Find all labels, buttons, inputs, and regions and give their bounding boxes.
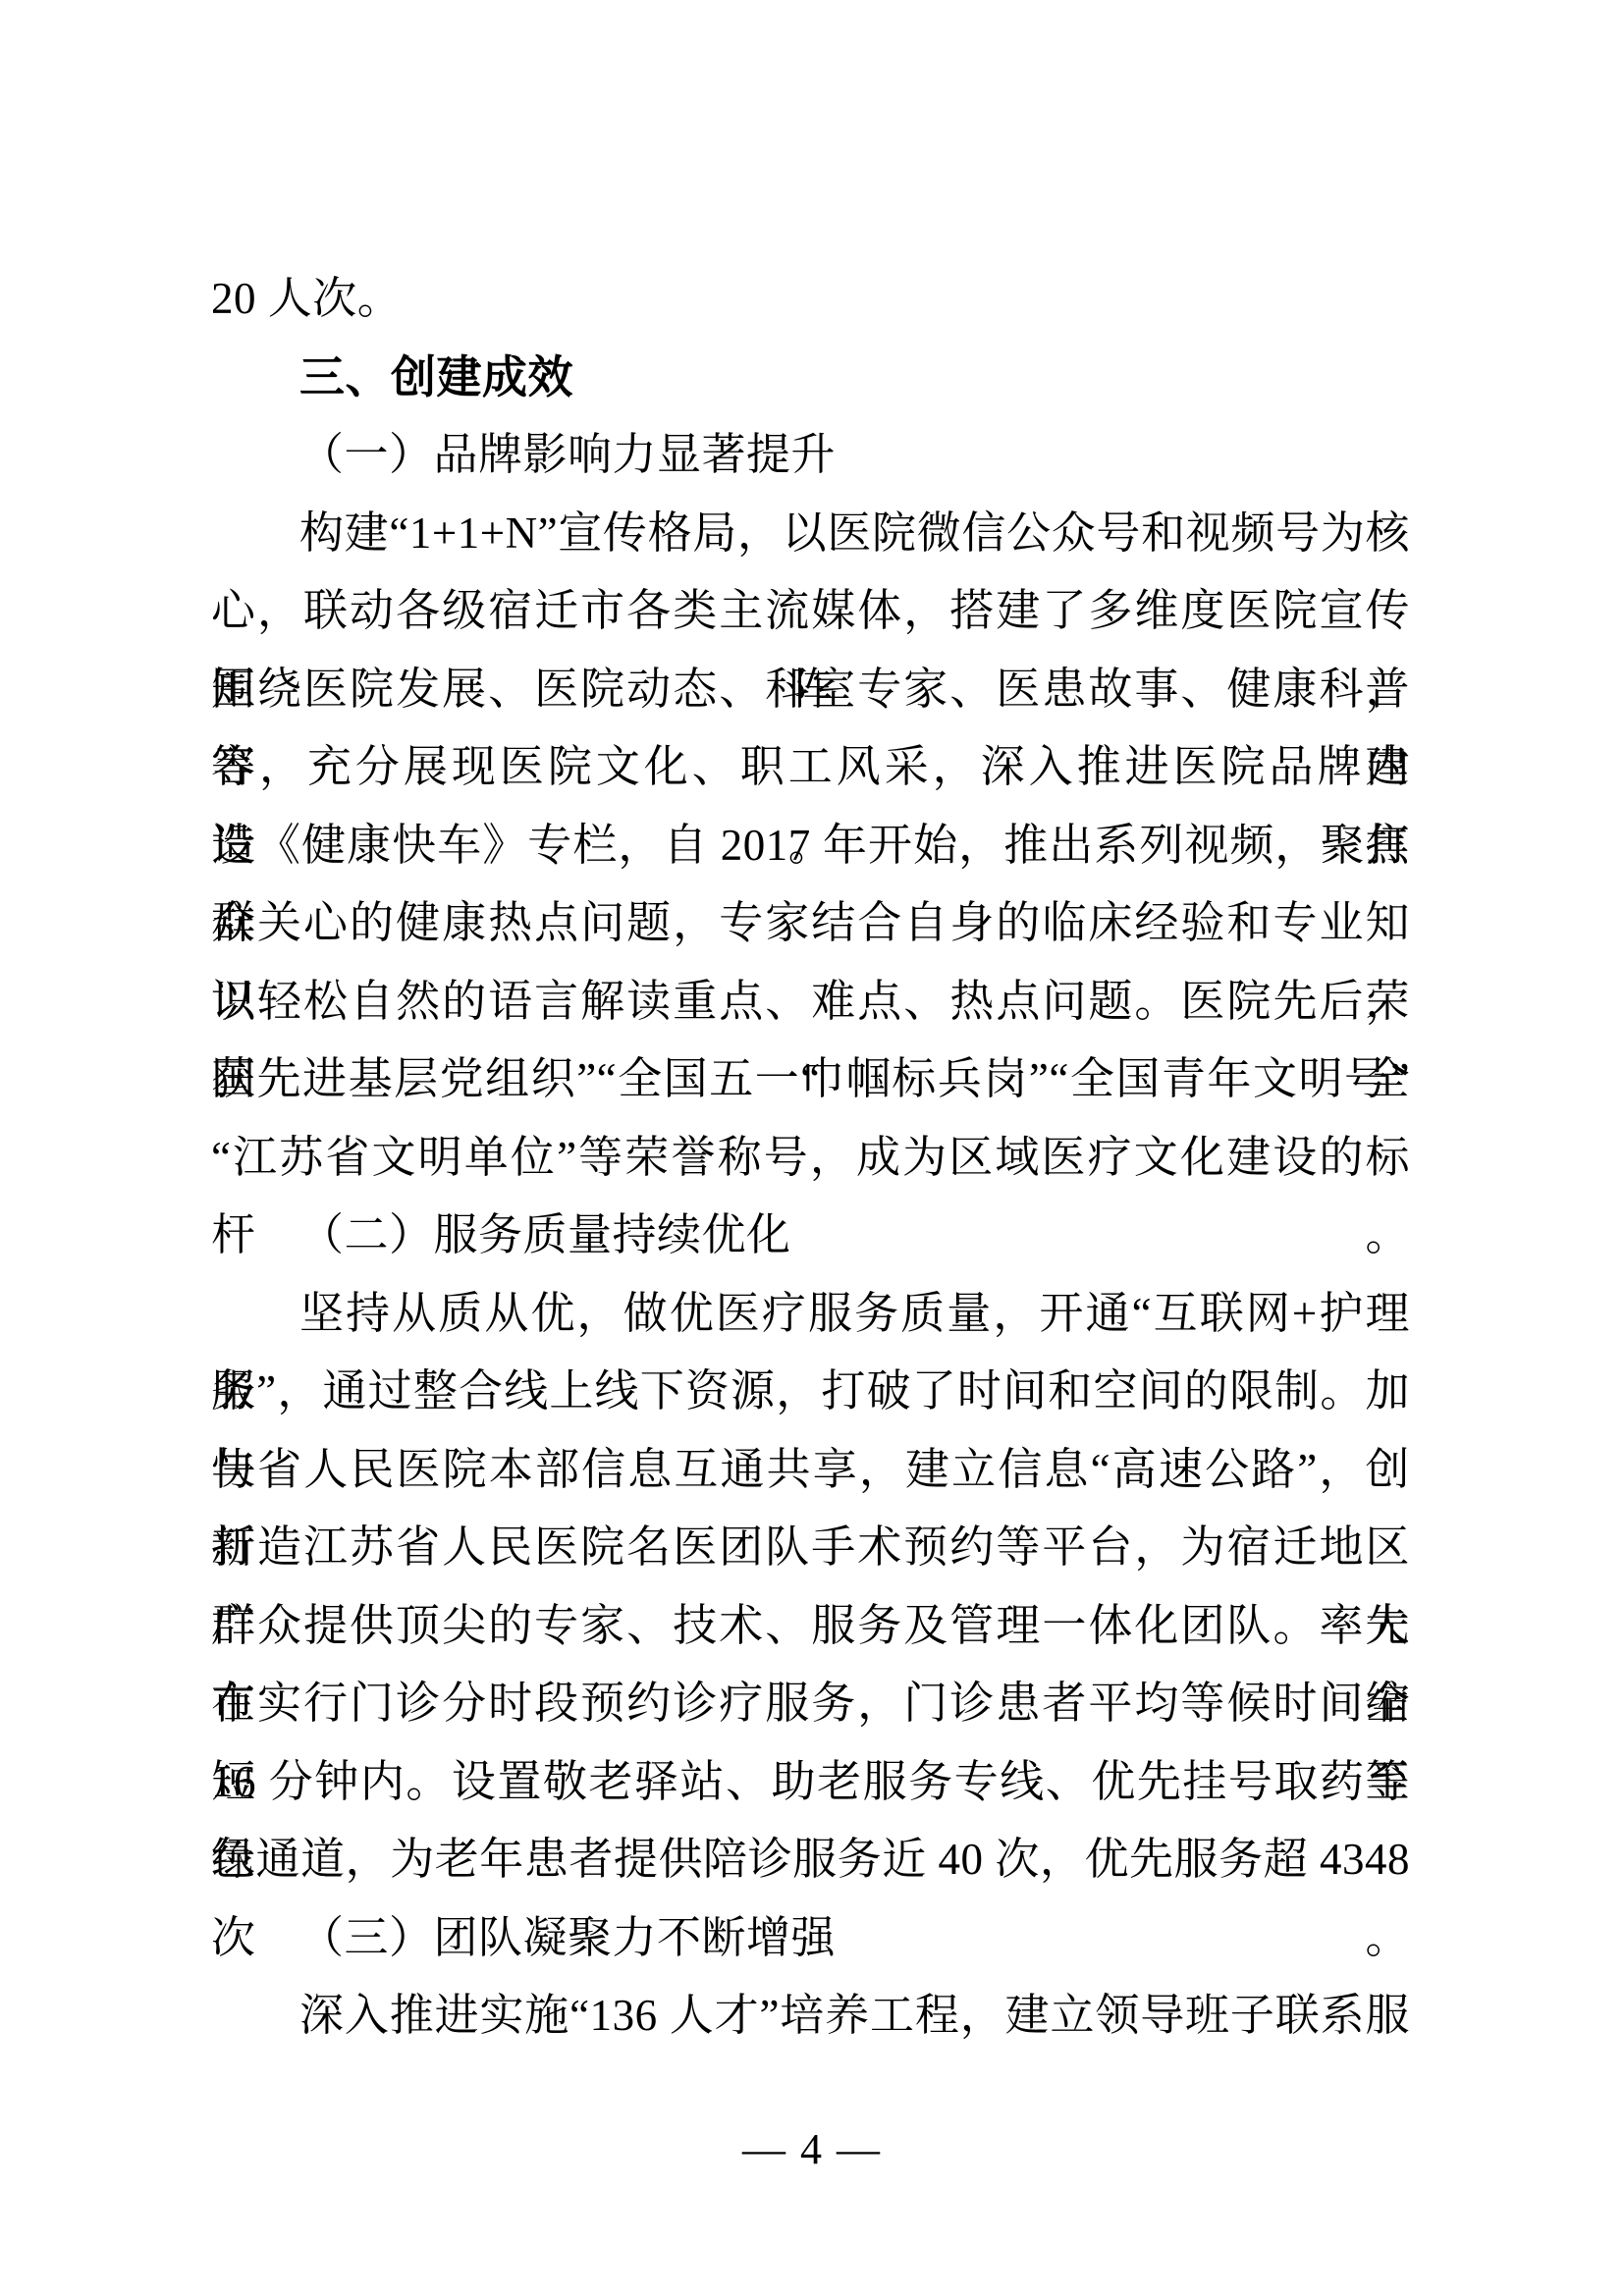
body-line: 市实行门诊分时段预约诊疗服务，门诊患者平均等候时间缩短至	[211, 1665, 1410, 1743]
body-line: 20 人次。	[211, 260, 1410, 339]
body-line: 务”，通过整合线上线下资源，打破了时间和空间的限制。加快	[211, 1353, 1410, 1431]
body-line: 众关心的健康热点问题，专家结合自身的临床经验和专业知识，	[211, 884, 1410, 963]
body-line: 16 分钟内。设置敬老驿站、助老服务专线、优先挂号取药等绿	[211, 1743, 1410, 1822]
body-line: 以轻松自然的语言解读重点、难点、热点问题。医院先后荣获“全	[211, 963, 1410, 1041]
body-line: 色通道，为老年患者提供陪诊服务近 40 次，优先服务超 4348 次。	[211, 1821, 1410, 1899]
document-page: 20 人次。 三、创建成效 （一）品牌影响力显著提升 构建“1+1+N”宣传格局…	[0, 0, 1624, 2296]
body-line: 构建“1+1+N”宣传格局，以医院微信公众号和视频号为核	[211, 495, 1410, 573]
page-number: — 4 —	[0, 2120, 1624, 2179]
section-heading: 三、创建成效	[211, 339, 1410, 417]
body-line: 心，联动各级宿迁市各类主流媒体，搭建了多维度医院宣传矩阵，	[211, 572, 1410, 651]
body-line: 容，充分展现医院文化、职工风采，深入推进医院品牌建设。打	[211, 728, 1410, 807]
body-line: 坚持从质从优，做优医疗服务质量，开通“互联网+护理服	[211, 1275, 1410, 1354]
body-line: 群众提供顶尖的专家、技术、服务及管理一体化团队。率先在全	[211, 1587, 1410, 1666]
subsection-heading: （一）品牌影响力显著提升	[211, 416, 1410, 495]
body-line: 造《健康快车》专栏，自 2017 年开始，推出系列视频，聚焦群	[211, 807, 1410, 885]
body-line: “江苏省文明单位”等荣誉称号，成为区域医疗文化建设的标杆。	[211, 1119, 1410, 1198]
body-line: 国先进基层党组织”“全国五一巾帼标兵岗”“全国青年文明号”	[211, 1041, 1410, 1119]
body-line: 与省人民医院本部信息互通共享，建立信息“高速公路”，创新	[211, 1431, 1410, 1510]
body-line: 深入推进实施“136 人才”培养工程，建立领导班子联系服	[211, 1977, 1410, 2056]
body-line: 围绕医院发展、医院动态、科室专家、医患故事、健康科普等内	[211, 651, 1410, 729]
document-body: 20 人次。 三、创建成效 （一）品牌影响力显著提升 构建“1+1+N”宣传格局…	[211, 260, 1410, 2056]
body-line: 打造江苏省人民医院名医团队手术预约等平台，为宿迁地区广大	[211, 1509, 1410, 1587]
